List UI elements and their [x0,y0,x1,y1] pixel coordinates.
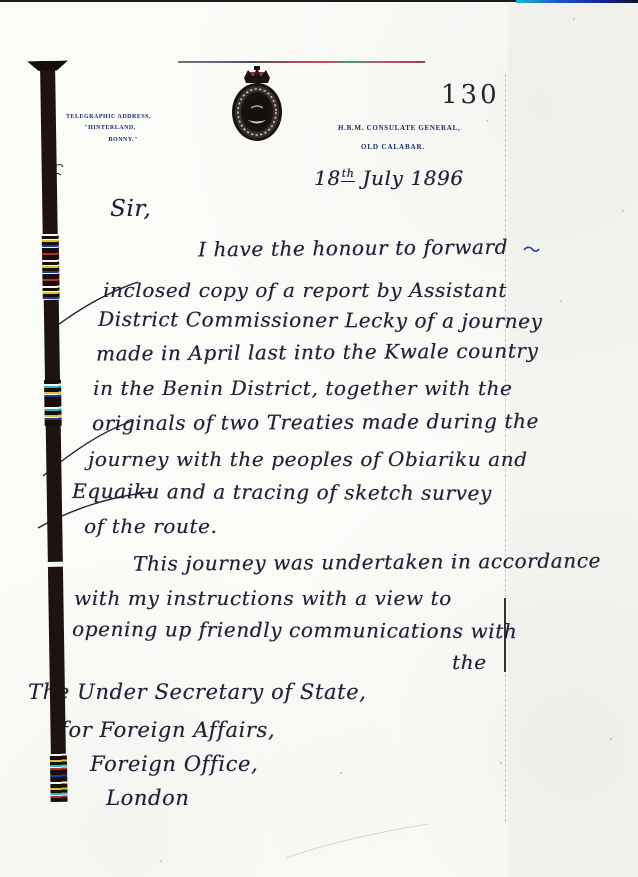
noise-dot [160,860,162,862]
royal-crest-icon [226,64,288,144]
date-line: 18thJuly 1896 [314,168,464,188]
body-line: opening up friendly communications with [72,619,517,641]
body-line: This journey was undertaken in accordanc… [133,550,601,573]
body-line: with my instructions with a view to [74,588,452,608]
date-day: 18 [314,166,341,190]
scan-line-artifact [178,61,425,63]
body-line: in the Benin District, together with the [93,378,512,398]
noise-dot [486,120,488,122]
strip-gap-artifact [47,562,64,567]
catchword: the [452,652,487,672]
date-ordinal: th [341,167,356,182]
telegraphic-line: TELEGRAPHIC ADDRESS, [66,112,144,123]
body-line: Equaiku and a tracing of sketch survey [72,481,492,503]
noise-dot [340,772,342,774]
address-line: The Under Secretary of State, [28,682,366,703]
body-line: District Commissioner Lecky of a journey [98,309,543,331]
consulate-location: OLD CALABAR. [361,143,425,151]
body-line: journey with the peoples of Obiariku and [88,449,528,469]
date-month-year: July 1896 [362,166,463,190]
body-line: originals of two Treaties made during th… [92,411,539,433]
noise-dot [500,762,502,764]
consulate-name: H.B.M. CONSULATE GENERAL, [338,124,460,132]
body-line: of the route. [84,516,217,536]
telegraphic-line: BONNY." [66,135,144,146]
binding-strip-head [27,61,68,72]
barcode-stripe-artifact [44,380,62,426]
telegraphic-address: TELEGRAPHIC ADDRESS, "HINTERLAND, BONNY.… [66,112,144,146]
address-line: Foreign Office, [90,754,258,775]
noise-dot [560,300,562,302]
noise-dot [610,738,612,740]
noise-dot [622,210,624,212]
barcode-stripe-artifact [42,234,60,300]
noise-dot [573,18,575,20]
scan-top-edge-artifact [0,0,516,2]
address-line: London [106,788,189,809]
barcode-stripe-artifact [50,754,68,802]
scanner-background-band [508,3,638,877]
body-line: inclosed copy of a report by Assistant [103,280,507,300]
telegraphic-line: "HINTERLAND, [66,123,144,134]
body-line: made in April last into the Kwale countr… [96,340,538,363]
salutation: Sir, [110,198,151,221]
page-number: 130 [441,80,500,110]
address-line: for Foreign Affairs, [60,720,275,741]
body-line: I have the honour to forward [198,237,508,260]
